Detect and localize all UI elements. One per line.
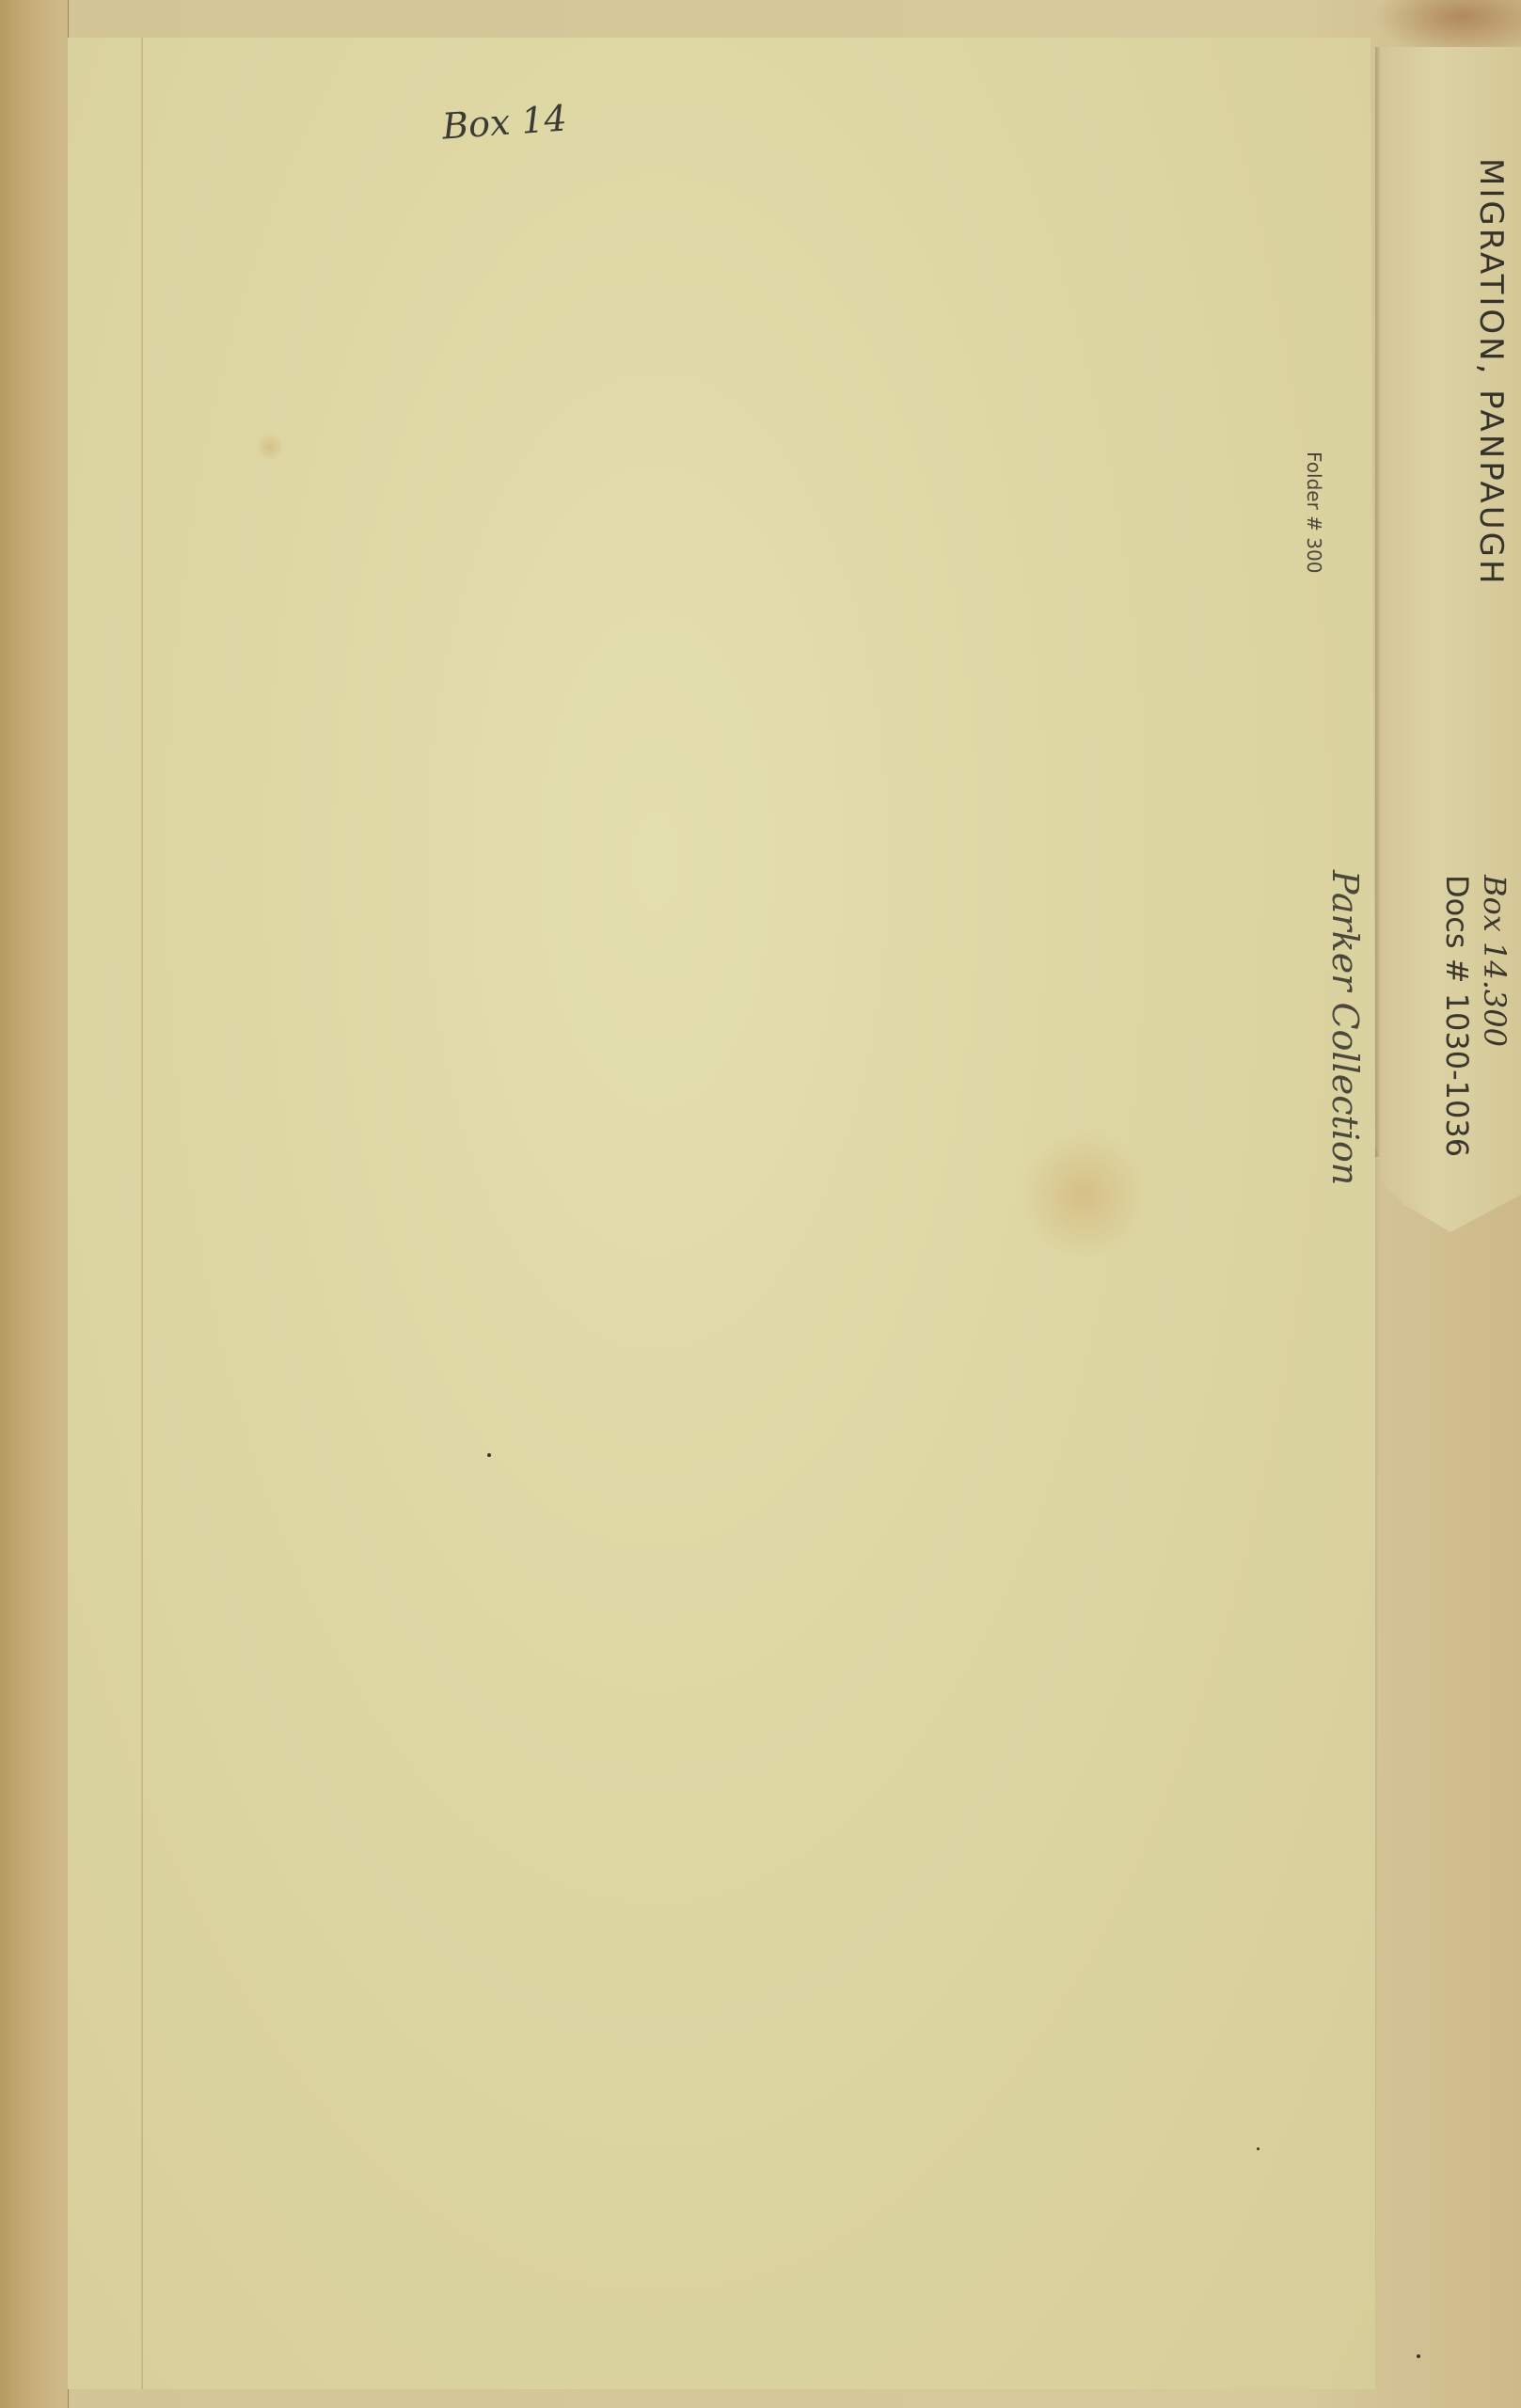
folder-number: Folder # 300 bbox=[1303, 451, 1325, 573]
box-label: Box 14 bbox=[441, 97, 568, 147]
folder-spine bbox=[0, 0, 69, 2408]
dust-speck bbox=[487, 1453, 491, 1457]
dust-speck bbox=[1417, 2354, 1420, 2358]
box-reference: Box 14.300 bbox=[1477, 875, 1513, 1047]
tab-edge-shadow bbox=[1375, 47, 1381, 1157]
collection-label: Parker Collection bbox=[1324, 870, 1366, 1185]
docs-range: Docs # 1030-1036 bbox=[1439, 875, 1475, 1157]
stain-spot bbox=[256, 433, 284, 461]
tab-label: MIGRATION, PANPAUGH bbox=[1472, 158, 1510, 587]
dust-speck bbox=[1257, 2147, 1260, 2150]
stain-spot bbox=[1018, 1129, 1149, 1260]
folder-front-cover bbox=[68, 38, 1375, 2389]
